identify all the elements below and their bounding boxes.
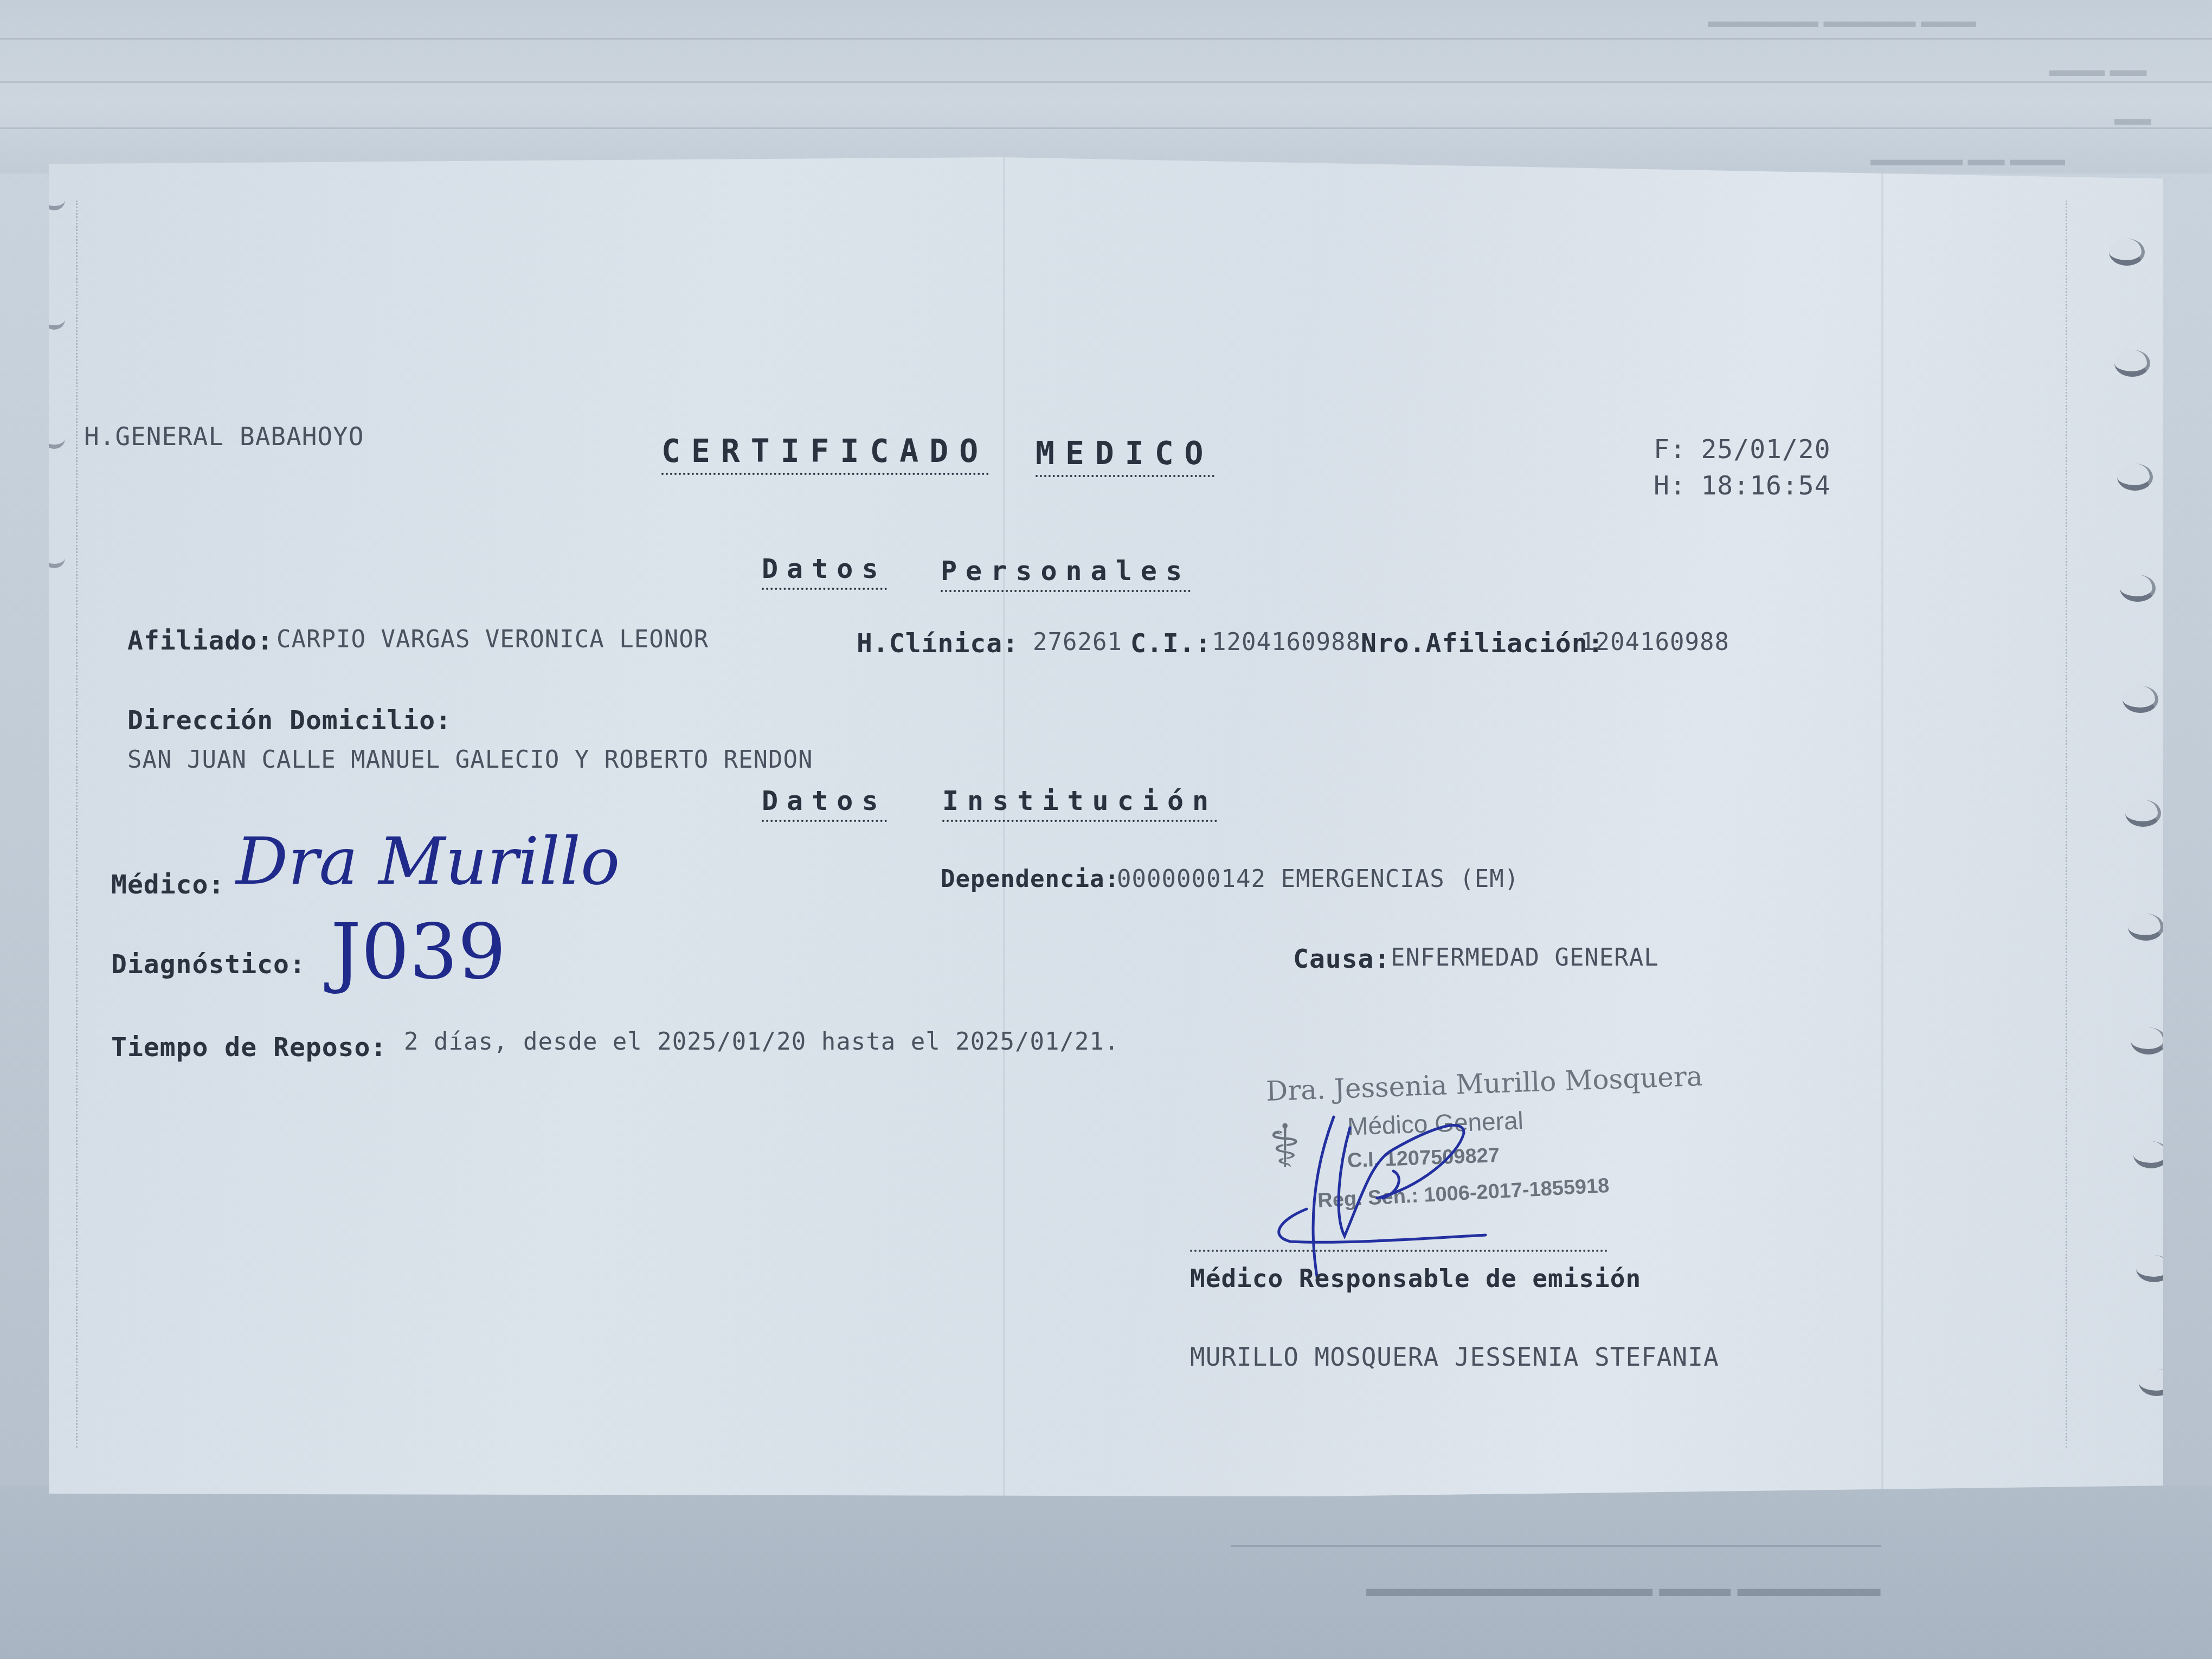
- background-rule: [0, 38, 2212, 40]
- tractor-hole: [2131, 1027, 2166, 1054]
- issue-time: H: 18:16:54: [1654, 473, 1831, 499]
- signatory-name: MURILLO MOSQUERA JESSENIA STEFANIA: [1190, 1345, 1719, 1369]
- diagnostico-handwritten: J039: [331, 908, 506, 996]
- direccion-label: Dirección Domicilio:: [127, 708, 452, 734]
- tractor-hole: [2109, 239, 2145, 266]
- historia-clinica-value: 276261: [1033, 631, 1122, 654]
- background-rule: [0, 127, 2212, 129]
- tractor-hole: [2128, 914, 2164, 941]
- background-ghost-text: ▬▬▬ ▬▬▬▬▬ ▬▬▬▬▬▬: [1708, 11, 1976, 32]
- nro-afiliacion-value: 1204160988: [1580, 631, 1729, 654]
- perforation-line-left: [76, 201, 78, 1448]
- time-label: H:: [1654, 471, 1686, 501]
- tractor-hole: [2117, 464, 2153, 491]
- date-label: F:: [1654, 434, 1686, 465]
- paper-fold: [1003, 157, 1005, 1496]
- dependencia-value: 0000000142 EMERGENCIAS (EM): [1117, 867, 1519, 891]
- date-value: 25/01/20: [1701, 434, 1830, 465]
- signature-line: [1190, 1250, 1607, 1252]
- nro-afiliacion-label: Nro.Afiliación:: [1361, 631, 1604, 657]
- ci-value: 1204160988: [1212, 631, 1361, 654]
- causa-value: ENFERMEDAD GENERAL: [1391, 946, 1659, 970]
- dependencia-label: Dependencia:: [941, 867, 1120, 891]
- signature-label: Médico Responsable de emisión: [1190, 1266, 1641, 1291]
- diagnostico-label: Diagnóstico:: [111, 951, 306, 978]
- medical-certificate: H.GENERAL BABAHOYO CERTIFICADO MEDICO F:…: [49, 157, 2163, 1496]
- section-heading-personal-2: Personales: [941, 555, 1191, 592]
- tractor-hole: [2133, 1141, 2169, 1168]
- background-ghost-text: ▬▬: [2114, 108, 2151, 130]
- background-page-bottom: [0, 1486, 2212, 1659]
- background-ghost-text: ▬▬▬ ▬▬ ▬▬▬▬▬: [1870, 149, 2065, 170]
- document-title-word-2: MEDICO: [1036, 435, 1214, 477]
- tractor-hole: [2123, 686, 2158, 713]
- tractor-hole: [2120, 575, 2156, 602]
- reposo-label: Tiempo de Reposo:: [111, 1034, 387, 1060]
- tractor-hole: [2136, 1255, 2172, 1282]
- background-ghost-text: ▬▬ ▬▬▬: [2049, 60, 2146, 81]
- document-title-word-1: CERTIFICADO: [661, 433, 989, 475]
- time-value: 18:16:54: [1701, 471, 1830, 501]
- section-heading-institution-2: Institución: [942, 785, 1217, 822]
- tractor-hole: [43, 428, 65, 449]
- tractor-hole: [2114, 350, 2150, 377]
- background-rule: [1231, 1545, 1881, 1547]
- tractor-hole: [2125, 800, 2161, 827]
- background-rule: [0, 81, 2212, 83]
- paper-fold: [1881, 157, 1883, 1496]
- reposo-value: 2 días, desde el 2025/01/20 hasta el 202…: [404, 1030, 1120, 1054]
- afiliado-label: Afiliado:: [127, 628, 273, 654]
- section-heading-institution-1: Datos: [762, 785, 887, 822]
- historia-clinica-label: H.Clínica:: [857, 631, 1019, 657]
- tractor-hole: [43, 548, 65, 568]
- background-page-top: ▬▬▬ ▬▬▬▬▬ ▬▬▬▬▬▬ ▬▬ ▬▬▬ ▬▬ ▬▬▬ ▬▬ ▬▬▬▬▬: [0, 0, 2212, 173]
- direccion-value: SAN JUAN CALLE MANUEL GALECIO Y ROBERTO …: [127, 748, 813, 772]
- background-ghost-text: ▬▬▬▬▬▬ ▬▬▬ ▬▬▬▬▬▬▬▬▬▬▬▬: [1366, 1575, 1880, 1602]
- issue-date: F: 25/01/20: [1654, 436, 1831, 462]
- ci-label: C.I.:: [1130, 631, 1212, 657]
- afiliado-value: CARPIO VARGAS VERONICA LEONOR: [276, 628, 709, 652]
- tractor-hole: [43, 309, 65, 330]
- section-heading-personal-1: Datos: [762, 553, 887, 590]
- perforation-line-right: [2066, 201, 2067, 1448]
- causa-label: Causa:: [1293, 946, 1390, 972]
- institution-name: H.GENERAL BABAHOYO: [84, 424, 364, 449]
- tractor-hole: [2139, 1369, 2175, 1396]
- medico-label: Médico:: [111, 872, 224, 898]
- tractor-hole: [43, 190, 65, 210]
- doctor-signature: [1258, 1095, 1540, 1290]
- medico-handwritten: Dra Murillo: [236, 824, 620, 899]
